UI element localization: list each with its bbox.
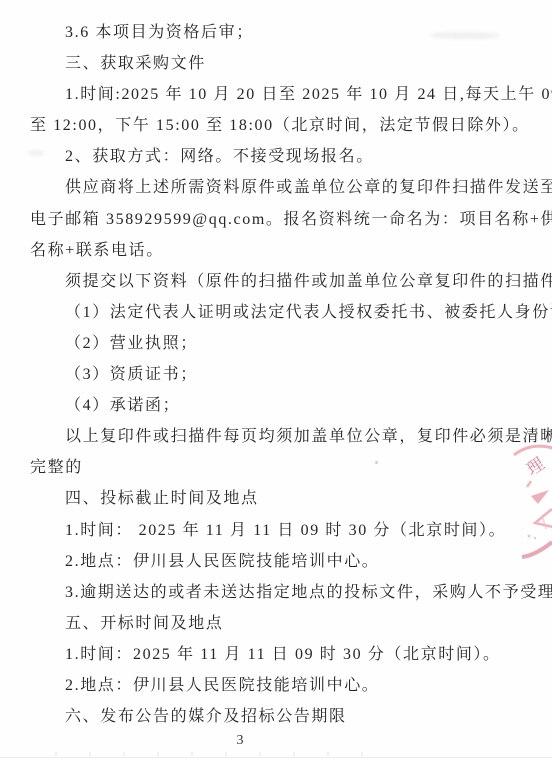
doc-heading-section-3: 三、获取采购文件 [30,48,522,79]
doc-line-deadline-time: 1.时间： 2025 年 11 月 11 日 09 时 30 分（北京时间）。 [30,515,522,546]
doc-line-material-3: （3）资质证书； [30,359,522,390]
doc-line-supplier-send-3: 名称+联系电话。 [30,235,522,266]
doc-heading-section-4: 四、投标截止时间及地点 [30,483,522,514]
page-number: 3 [0,733,480,749]
red-speck-artifact [375,461,378,464]
document-page: 3.6 本项目为资格后审； 三、获取采购文件 1.时间:2025 年 10 月 … [0,0,552,762]
scan-smudge [430,32,500,39]
doc-line-material-2: （2）营业执照； [30,328,522,359]
doc-heading-section-5: 五、开标时间及地点 [30,608,522,639]
seal-char: 理 [523,454,548,479]
doc-line-obtain-method: 2、获取方式：网络。不接受现场报名。 [30,141,522,172]
doc-line-copy-note-2: 完整的 [30,452,522,483]
doc-line-opening-place: 2.地点：伊川县人民医院技能培训中心。 [30,670,522,701]
scan-noise-row [55,752,375,756]
doc-line-opening-time: 1.时间：2025 年 11 月 11 日 09 时 30 分（北京时间）。 [30,639,522,670]
doc-heading-section-6: 六、发布公告的媒介及招标公告期限 [30,701,522,732]
scan-smudge [140,58,162,64]
scan-edge-line [0,757,552,758]
doc-line-copy-note-1: 以上复印件或扫描件每页均须加盖单位公章，复印件必须是清晰、 [30,421,522,452]
doc-line-supplier-send-2: 电子邮箱 358929599@qq.com。报名资料统一命名为：项目名称+供应商 [30,204,522,235]
scan-smudge [28,150,44,156]
doc-line-material-4: （4）承诺函； [30,390,522,421]
document-body: 3.6 本项目为资格后审； 三、获取采购文件 1.时间:2025 年 10 月 … [0,0,552,732]
doc-line-materials-intro: 须提交以下资料（原件的扫描件或加盖单位公章复印件的扫描件）： [30,266,522,297]
doc-line-deadline-place: 2.地点：伊川县人民医院技能培训中心。 [30,546,522,577]
doc-line-material-1: （1）法定代表人证明或法定代表人授权委托书、被委托人身份证； [30,297,522,328]
doc-line-late-delivery: 3.逾期送达的或者未送达指定地点的投标文件，采购人不予受理。 [30,577,522,608]
doc-line-obtain-time-2: 至 12:00，下午 15:00 至 18:00（北京时间，法定节假日除外）。 [30,110,522,141]
doc-line-obtain-time-1: 1.时间:2025 年 10 月 20 日至 2025 年 10 月 24 日,… [30,79,522,110]
doc-line-supplier-send-1: 供应商将上述所需资料原件或盖单位公章的复印件扫描件发送至 [30,172,522,203]
red-seal-stamp-icon: 理 [522,437,552,565]
